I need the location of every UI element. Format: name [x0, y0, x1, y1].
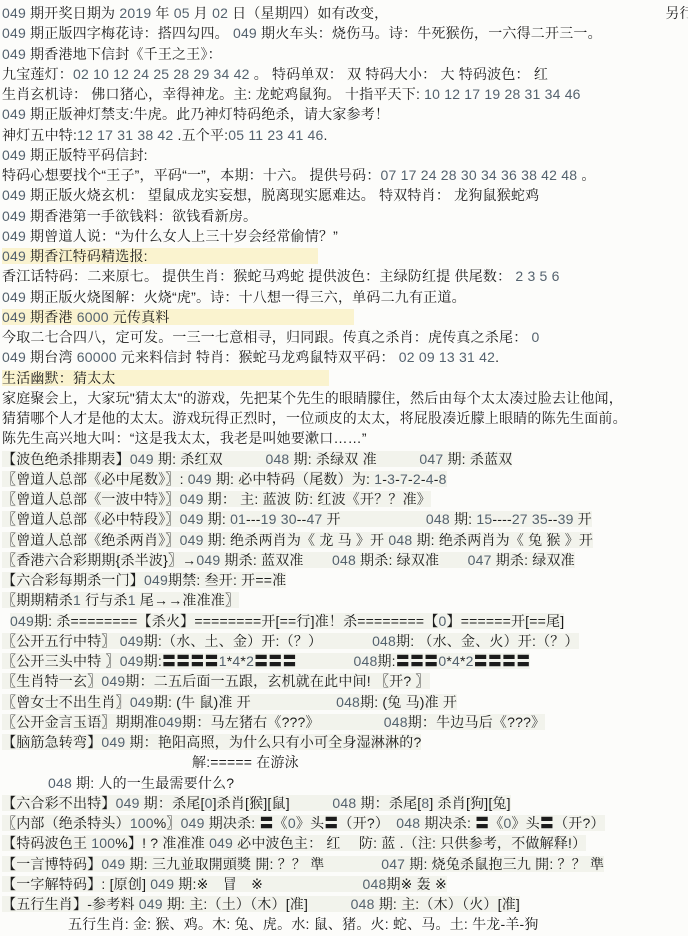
text-line: 048 期: 人的一生最需要什么? — [2, 773, 686, 793]
document-body: 049 期开奖日期为 2019 年 05 月 02 日（星期四）如有改变， 另行… — [2, 3, 686, 935]
text-line: 049期: 杀========【杀火】========开[==行]准！杀====… — [2, 611, 686, 631]
text-line: 049 期正版神灯禁支:牛虎。此乃神灯特码绝杀，请大家参考！ — [2, 104, 686, 124]
text-line: 〖曾道人总部《绝杀两肖》〗049 期: 绝杀两肖为《 龙 马 》开 048 期:… — [2, 530, 686, 550]
text-line: 【五行生肖】-参考料 049 期: 主:（土）（木）[准] 048 期: 主:（… — [2, 894, 686, 914]
text-line: 〖期期精杀1 行与杀1 尾→→准准准〗 — [2, 590, 686, 610]
text-line: 〖公开金言玉语〗期期准049期：马左猪右《???》 048期：牛边马后《???》 — [2, 712, 686, 732]
text-line: 〖公开五行中特〗 049期:（水、土、金）开:（？） 048期: （水、金、火）… — [2, 631, 686, 651]
text-line: 【六合彩每期杀一门】049期禁: 叁开: 开==准 — [2, 570, 686, 590]
document-page: 049 期开奖日期为 2019 年 05 月 02 日（星期四）如有改变， 另行… — [0, 0, 688, 936]
text-line: 【一字解特码】: [原创] 049 期:※ 冒 ※ 048期※ 轰 ※ — [2, 874, 686, 894]
text-line: 049 期台湾 60000 元来料信封 特肖：猴蛇马龙鸡鼠特双平码： 02 09… — [2, 347, 686, 367]
text-line: 生肖玄机诗： 佛口猪心，幸得神龙。主: 龙蛇鸡鼠狗。 十指平天下: 10 12 … — [2, 84, 686, 104]
text-line: 049 期正版特平码信封: — [2, 145, 686, 165]
text-line: 〖内部（绝杀特头）100%〗049 期决杀: 〓《0》头〓（开?） 048 期决… — [2, 813, 686, 833]
text-line: 049 期正版火烧玄机： 望鼠成龙实妄想，脱离现实愿难达。 特双特肖： 龙狗鼠猴… — [2, 185, 686, 205]
text-line: 〖公开三头中特 〗049期:〓〓〓〓1*4*2〓〓〓 048期:〓〓〓0*4*2… — [2, 651, 686, 671]
text-line: 【特码波色王 100%】! ? 准准准 049 必中波色主： 红 防: 蓝 .（… — [2, 833, 686, 853]
text-line: 〖生肖特一玄〗049期：二五后面一五跟，玄机就在此中间! 〖开? 〗 — [2, 671, 686, 691]
text-line: 【六合彩不出特】049 期：杀尾[0]杀肖[猴][鼠] 048 期：杀尾[8] … — [2, 793, 686, 813]
text-line: 神灯五中特:12 17 31 38 42 .五个平:05 11 23 41 46… — [2, 125, 686, 145]
text-line: 〖曾道人总部《必中尾数》〗: 049 期: 必中特码（尾数）为: 1-3-7-2… — [2, 469, 686, 489]
text-line: 049 期正版火烧图解：火烧“虎”。诗：十八想一得三六，单码二九有正道。 — [2, 287, 686, 307]
text-line: 〖香港六合彩期期{杀半波}〗→049 期杀: 蓝双准 048 期杀: 绿双准 0… — [2, 550, 686, 570]
text-line: 五行生肖: 金: 猴、鸡。木: 兔、虎。水: 鼠、猪。火: 蛇、马。土: 牛龙-… — [2, 914, 686, 934]
text-line: 特码心想要找个“王子”，平码“一”，本期：十六。 提供号码：07 17 24 2… — [2, 165, 686, 185]
text-line: 香江话特码：二来原七。 提供生肖：猴蛇马鸡蛇 提供波色：主绿防红提 供尾数： 2… — [2, 266, 686, 286]
text-line: 049 期香港 6000 元传真料 — [2, 307, 686, 327]
text-line: 〖曾女士不出生肖〗049期: (牛 鼠)准 开 048期: (兔 马)准 开 — [2, 692, 686, 712]
text-line: 解:===== 在游泳 — [2, 752, 686, 772]
text-line: 家庭聚会上，大家玩"猜太太"的游戏，先把某个先生的眼睛朦住，然后由每个太太凑过脸… — [2, 388, 686, 408]
text-line: 049 期曾道人说：“为什么女人上三十岁会经常偷情？” — [2, 226, 686, 246]
text-line: 【一言博特码】049 期: 三九並取開頭獎 開: ？？ 準 047 期: 烧兔杀… — [2, 854, 686, 874]
text-line: 〖曾道人总部《必中特段》〗049 期: 01---19 30--47 开 048… — [2, 509, 686, 529]
text-line: 049 期正版四字梅花诗：搭四勾四。 049 期火车头：烧伤马。诗：牛死猴伤，一… — [2, 23, 686, 43]
text-line: 今取二七合四八，定可发。一三一七意相寻，归同跟。传真之杀肖：虎传真之杀尾： 0 — [2, 327, 686, 347]
text-line: 陈先生高兴地大叫：“这是我太太，我老是叫她要漱口……” — [2, 428, 686, 448]
text-line: 049 期香港第一手欲钱料：欲钱看新房。 — [2, 206, 686, 226]
text-line: 生活幽默：猜太太 — [2, 368, 686, 388]
text-line: 〖曾道人总部《一波中特》〗049 期： 主: 蓝波 防: 红波《开？？准》 — [2, 489, 686, 509]
text-line: 九宝莲灯：02 10 12 24 25 28 29 34 42 。 特码单双： … — [2, 64, 686, 84]
text-line: 049 期香港地下信封《千王之王》： — [2, 44, 686, 64]
text-line: 猜猜哪个人才是他的太太。游戏玩得正烈时，一位顽皮的太太，将屁股凑近朦上眼睛的陈先… — [2, 408, 686, 428]
text-line: 【波色绝杀排期表】049 期: 杀红双 048 期: 杀绿双 准 047 期: … — [2, 449, 686, 469]
text-line: 【脑筋急转弯】049 期：艳阳高照，为什么只有小可全身湿淋淋的? — [2, 732, 686, 752]
text-line: 049 期香江特码精选报: — [2, 246, 686, 266]
text-line: 049 期开奖日期为 2019 年 05 月 02 日（星期四）如有改变， 另行… — [2, 3, 686, 23]
